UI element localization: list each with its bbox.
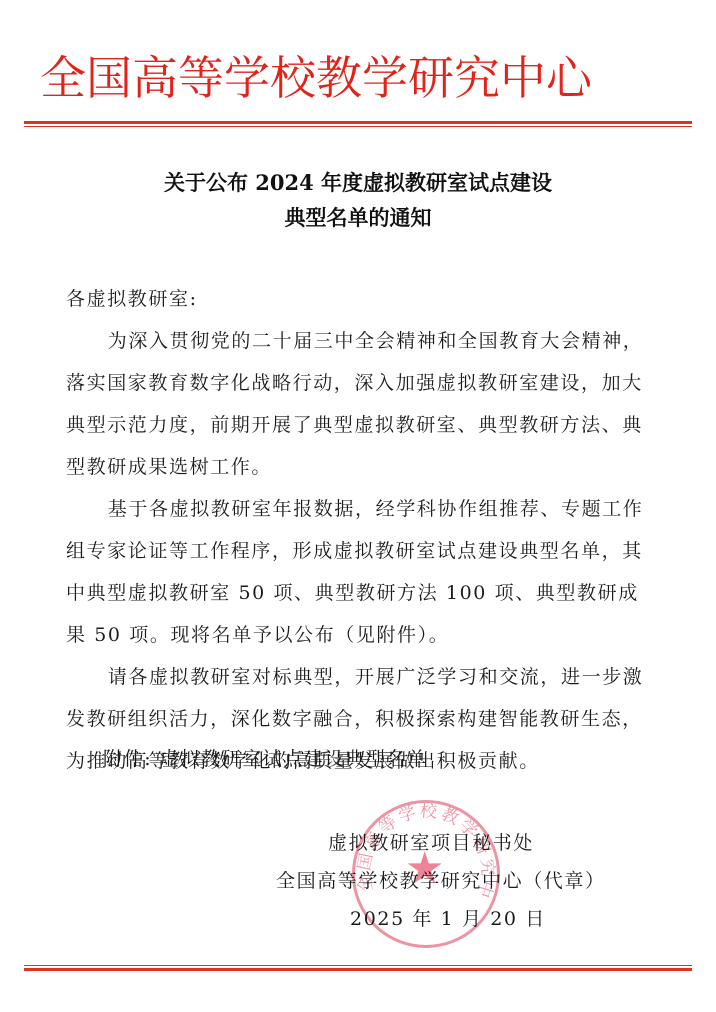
salutation: 各虚拟教研室: [66, 278, 656, 320]
signature-org: 全国高等学校教学研究中心（代章） [276, 866, 606, 893]
document-title-line2: 典型名单的通知 [0, 203, 716, 233]
header-divider [24, 121, 692, 127]
document-body: 各虚拟教研室: 为深入贯彻党的二十届三中全会精神和全国教育大会精神，落实国家教育… [66, 278, 656, 782]
signature-date: 2025 年 1 月 20 日 [350, 904, 546, 931]
document-title-line1: 关于公布 2024 年度虚拟教研室试点建设 [0, 168, 716, 198]
signature-office: 虚拟教研室项目秘书处 [328, 828, 534, 855]
attachment-note: 附件: 虚拟教研室试点建设典型名单 [103, 744, 428, 771]
footer-divider [24, 965, 692, 971]
paragraph-1: 为深入贯彻党的二十届三中全会精神和全国教育大会精神，落实国家教育数字化战略行动，… [66, 320, 656, 488]
paragraph-2: 基于各虚拟教研室年报数据，经学科协作组推荐、专题工作组专家论证等工作程序，形成虚… [66, 488, 656, 656]
masthead-title: 全国高等学校教学研究中心 [40, 50, 640, 106]
